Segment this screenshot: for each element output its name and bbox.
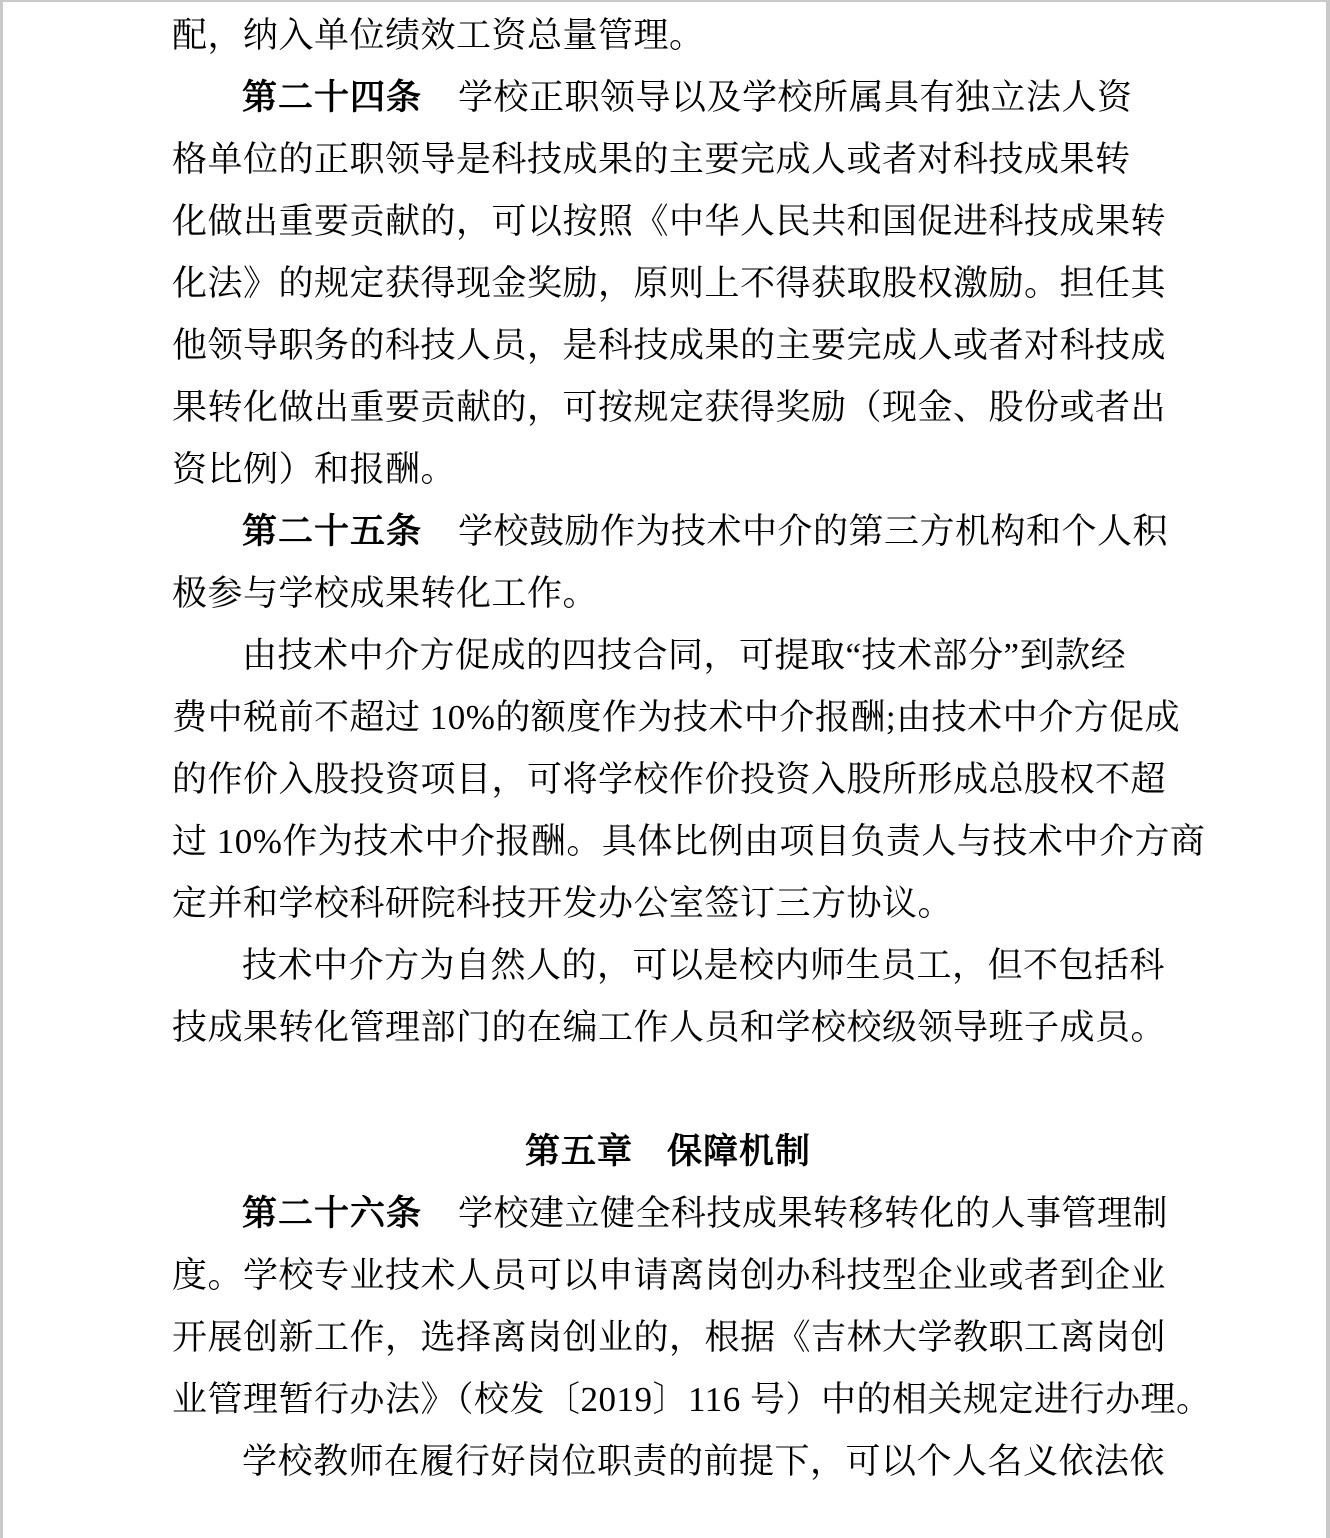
document-text-block: 配，纳入单位绩效工资总量管理。第二十四条学校正职领导以及学校所属具有独立法人资格…	[172, 5, 1164, 1493]
page-top-edge	[0, 0, 1330, 2]
text-line: 业管理暂行办法》（校发〔2019〕116 号）中的相关规定进行办理。	[172, 1369, 1164, 1431]
text-line: 配，纳入单位绩效工资总量管理。	[172, 5, 1164, 67]
text-line: 技术中介方为自然人的，可以是校内师生员工，但不包括科	[172, 935, 1164, 997]
text-line: 度。学校专业技术人员可以申请离岗创办科技型企业或者到企业	[172, 1245, 1164, 1307]
text-line: 的作价入股投资项目，可将学校作价投资入股所形成总股权不超	[172, 749, 1164, 811]
article-heading-line: 第二十六条学校建立健全科技成果转移转化的人事管理制	[172, 1183, 1164, 1245]
text-line: 化做出重要贡献的，可以按照《中华人民共和国促进科技成果转	[172, 191, 1164, 253]
line-text: 极参与学校成果转化工作。	[172, 574, 598, 613]
article-heading-line: 第二十四条学校正职领导以及学校所属具有独立法人资	[172, 67, 1164, 129]
text-line: 定并和学校科研院科技开发办公室签订三方协议。	[172, 873, 1164, 935]
text-line: 由技术中介方促成的四技合同，可提取“技术部分”到款经	[172, 625, 1164, 687]
article-number: 第二十六条	[242, 1194, 422, 1233]
line-text: 由技术中介方促成的四技合同，可提取“技术部分”到款经	[242, 636, 1126, 675]
line-text: 定并和学校科研院科技开发办公室签订三方协议。	[172, 884, 953, 923]
line-text: 格单位的正职领导是科技成果的主要完成人或者对科技成果转	[172, 140, 1131, 179]
article-number: 第二十四条	[242, 78, 422, 117]
text-line: 技成果转化管理部门的在编工作人员和学校校级领导班子成员。	[172, 997, 1164, 1059]
line-text: 的作价入股投资项目，可将学校作价投资入股所形成总股权不超	[172, 760, 1166, 799]
page-right-edge	[1326, 0, 1330, 1538]
text-line: 开展创新工作，选择离岗创业的，根据《吉林大学教职工离岗创	[172, 1307, 1164, 1369]
line-text: 开展创新工作，选择离岗创业的，根据《吉林大学教职工离岗创	[172, 1318, 1166, 1357]
text-line: 化法》的规定获得现金奖励，原则上不得获取股权激励。担任其	[172, 253, 1164, 315]
article-heading-line: 第二十五条学校鼓励作为技术中介的第三方机构和个人积	[172, 501, 1164, 563]
line-text: 果转化做出重要贡献的，可按规定获得奖励（现金、股份或者出	[172, 388, 1166, 427]
chapter-title: 保障机制	[667, 1132, 811, 1171]
line-text: 他领导职务的科技人员，是科技成果的主要完成人或者对科技成	[172, 326, 1166, 365]
line-text: 技成果转化管理部门的在编工作人员和学校校级领导班子成员。	[172, 1008, 1166, 1047]
line-text: 化法》的规定获得现金奖励，原则上不得获取股权激励。担任其	[172, 264, 1166, 303]
chapter-heading: 第五章保障机制	[172, 1121, 1164, 1183]
text-line: 果转化做出重要贡献的，可按规定获得奖励（现金、股份或者出	[172, 377, 1164, 439]
line-text: 度。学校专业技术人员可以申请离岗创办科技型企业或者到企业	[172, 1256, 1166, 1295]
line-text: 业管理暂行办法》（校发〔2019〕116 号）中的相关规定进行办理。	[172, 1380, 1211, 1419]
line-text: 技术中介方为自然人的，可以是校内师生员工，但不包括科	[242, 946, 1165, 985]
text-line: 费中税前不超过 10%的额度作为技术中介报酬;由技术中介方促成	[172, 687, 1164, 749]
line-text: 学校鼓励作为技术中介的第三方机构和个人积	[458, 512, 1168, 551]
text-line: 过 10%作为技术中介报酬。具体比例由项目负责人与技术中介方商	[172, 811, 1164, 873]
blank-line	[172, 1059, 1164, 1121]
line-text: 学校建立健全科技成果转移转化的人事管理制	[458, 1194, 1168, 1233]
line-text: 学校正职领导以及学校所属具有独立法人资	[458, 78, 1133, 117]
text-line: 他领导职务的科技人员，是科技成果的主要完成人或者对科技成	[172, 315, 1164, 377]
line-text: 配，纳入单位绩效工资总量管理。	[172, 16, 705, 55]
line-text: 化做出重要贡献的，可以按照《中华人民共和国促进科技成果转	[172, 202, 1166, 241]
line-text: 过 10%作为技术中介报酬。具体比例由项目负责人与技术中介方商	[172, 822, 1205, 861]
text-line: 极参与学校成果转化工作。	[172, 563, 1164, 625]
text-line: 格单位的正职领导是科技成果的主要完成人或者对科技成果转	[172, 129, 1164, 191]
line-text: 资比例）和报酬。	[172, 450, 456, 489]
chapter-number: 第五章	[525, 1132, 633, 1171]
text-line: 学校教师在履行好岗位职责的前提下，可以个人名义依法依	[172, 1431, 1164, 1493]
text-line: 资比例）和报酬。	[172, 439, 1164, 501]
line-text: 学校教师在履行好岗位职责的前提下，可以个人名义依法依	[242, 1442, 1165, 1481]
page-left-edge	[0, 0, 3, 1538]
article-number: 第二十五条	[242, 512, 422, 551]
document-page: 配，纳入单位绩效工资总量管理。第二十四条学校正职领导以及学校所属具有独立法人资格…	[0, 0, 1330, 1538]
line-text: 费中税前不超过 10%的额度作为技术中介报酬;由技术中介方促成	[172, 698, 1180, 737]
